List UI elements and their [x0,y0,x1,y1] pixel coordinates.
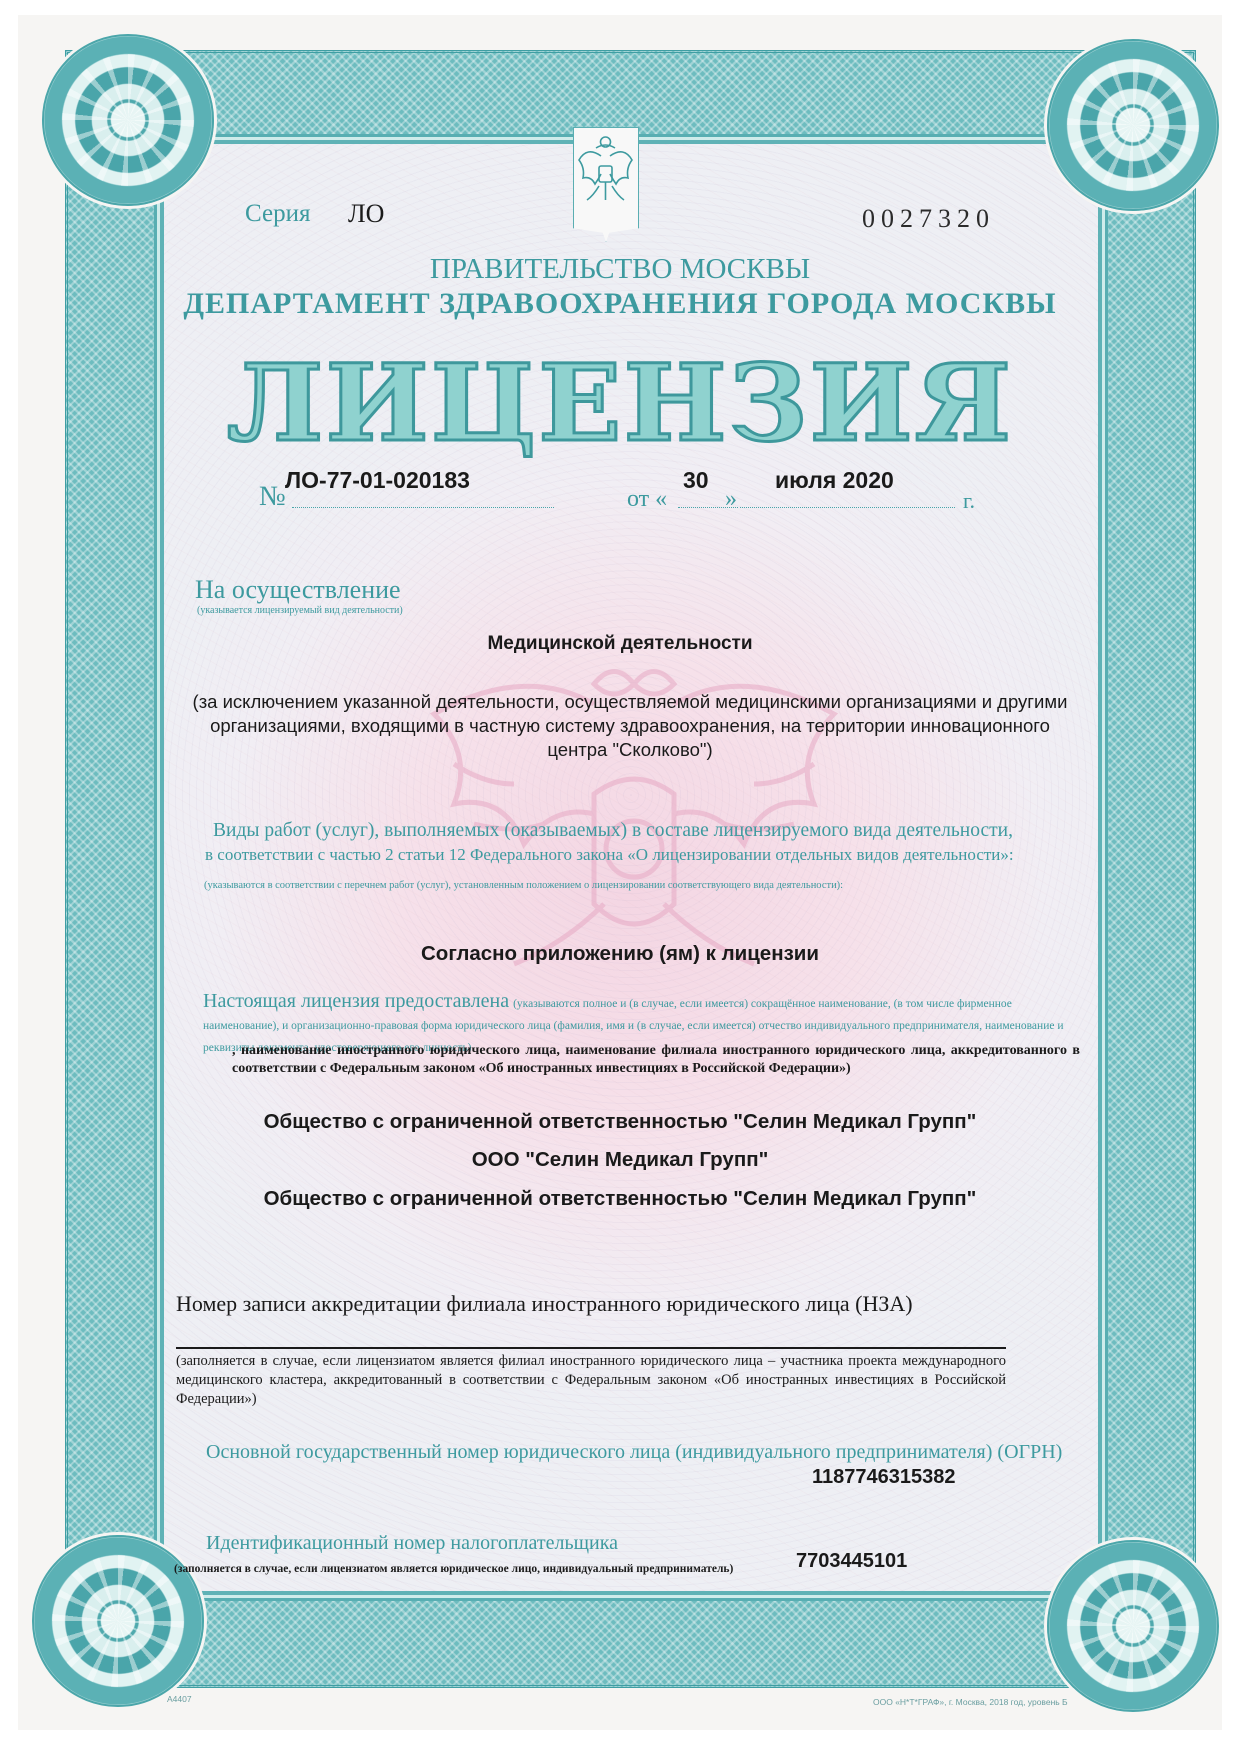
printer-imprint: ООО «Н*Т*ГРАФ», г. Москва, 2018 год, уро… [873,1697,1068,1707]
form-code: А4407 [167,1694,192,1704]
corner-rosette-top-left [42,34,214,206]
number-sign: № [259,481,286,513]
inn-value: 7703445101 [796,1550,907,1573]
date-month-line [740,507,955,508]
document-title: ЛИЦЕНЗИЯ [0,340,1240,465]
licensee-foreign-note: , наименование иностранного юридического… [232,1042,1080,1078]
ogrn-value: 1187746315382 [812,1466,956,1489]
date-year-suffix: г. [963,488,975,514]
series-value: ЛО [348,199,384,229]
works-value: Согласно приложению (ям) к лицензии [0,942,1240,966]
works-note: (указываются в соответствии с перечнем р… [204,880,843,891]
licensee-firm-name: Общество с ограниченной ответственностью… [0,1187,1240,1211]
corner-rosette-bottom-left [32,1535,204,1707]
issuer-department: ДЕПАРТАМЕНТ ЗДРАВООХРАНЕНИЯ ГОРОДА МОСКВ… [0,287,1240,321]
activity-exclusion: (за исключением указанной деятельности, … [190,690,1070,762]
licensee-short-name: ООО "Селин Медикал Групп" [0,1148,1240,1172]
date-from-label: от « [627,486,667,513]
nza-value-line [176,1347,1006,1349]
activity-type: Медицинской деятельности [0,633,1240,655]
series-label: Серия [245,200,310,228]
corner-rosette-bottom-right [1047,1540,1219,1712]
corner-rosette-top-right [1047,39,1219,211]
works-description-line1: Виды работ (услуг), выполняемых (оказыва… [213,820,1013,842]
date-month-year: июля 2020 [775,467,894,494]
nza-note: (заполняется в случае, если лицензиатом … [176,1352,1006,1409]
licensee-granted-label: Настоящая лицензия предоставлена [203,990,509,1012]
licensee-full-name: Общество с ограниченной ответственностью… [0,1110,1240,1134]
license-number: ЛО-77-01-020183 [285,467,470,494]
license-number-line [292,507,554,508]
issuer-government: ПРАВИТЕЛЬСТВО МОСКВЫ [0,253,1240,286]
activity-heading-note: (указывается лицензируемый вид деятельно… [197,605,403,616]
date-close-quote: » [725,486,737,513]
ogrn-label: Основной государственный номер юридическ… [206,1441,1062,1464]
serial-number: 0027320 [862,204,995,234]
nza-label: Номер записи аккредитации филиала иностр… [176,1291,913,1317]
inn-note: (заполняется в случае, если лицензиатом … [174,1563,733,1575]
activity-heading: На осуществление [195,575,401,605]
date-day: 30 [683,467,709,494]
russian-coat-of-arms-icon [573,127,639,242]
inn-label: Идентификационный номер налогоплательщик… [206,1532,618,1555]
works-description-line2: в соответствии с частью 2 статьи 12 Феде… [205,845,1014,865]
